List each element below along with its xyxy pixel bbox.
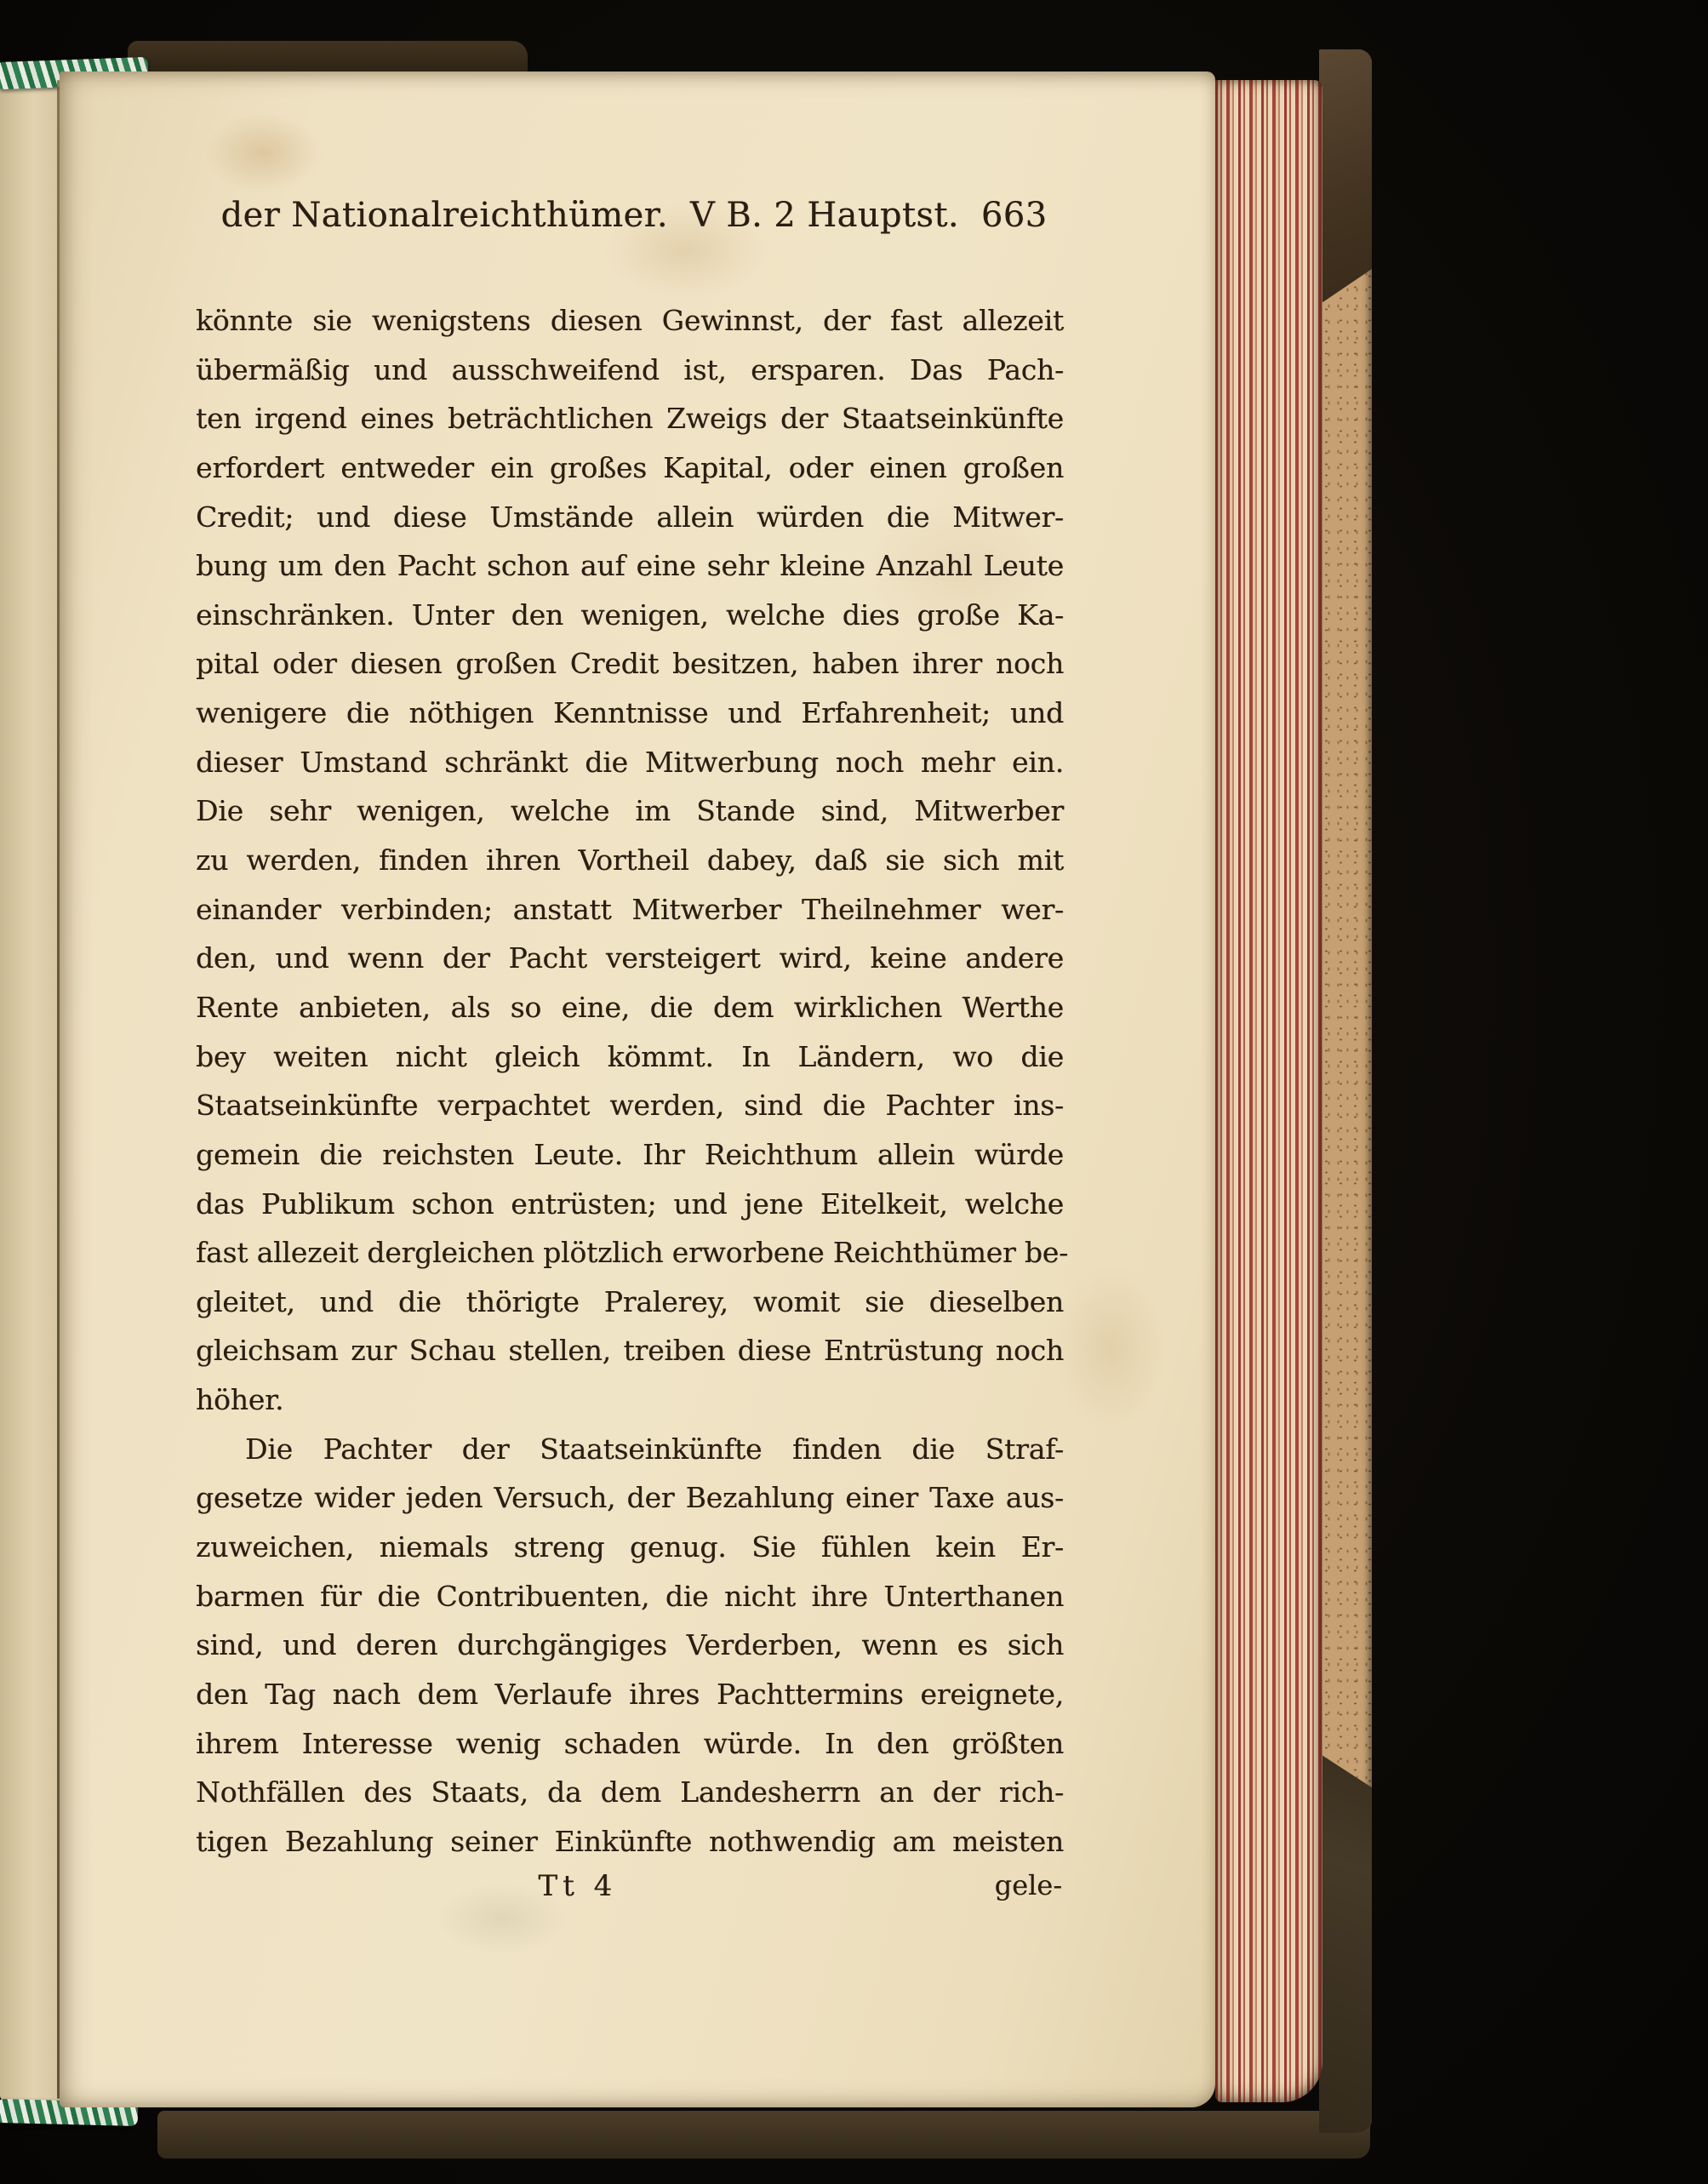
text-line: höher. bbox=[196, 1375, 1064, 1425]
text-line: ten irgend eines beträchtlichen Zweigs d… bbox=[196, 394, 1064, 443]
signature-mark: Tt 4 bbox=[538, 1869, 617, 1903]
text-line: Staatseinkünfte verpachtet werden, sind … bbox=[196, 1081, 1064, 1130]
page-number: 663 bbox=[981, 196, 1048, 235]
book-photo-scene: der Nationalreichthümer. V B. 2 Hauptst.… bbox=[0, 0, 1708, 2184]
cover-bottom-edge bbox=[157, 2111, 1370, 2158]
text-line: pital oder diesen großen Credit besitzen… bbox=[196, 639, 1064, 689]
text-line: dieser Umstand schränkt die Mitwerbung n… bbox=[196, 738, 1064, 787]
text-line: zu werden, finden ihren Vortheil dabey, … bbox=[196, 836, 1064, 885]
text-line: den Tag nach dem Verlaufe ihres Pachtter… bbox=[196, 1670, 1064, 1719]
text-line: einschränken. Unter den wenigen, welche … bbox=[196, 591, 1064, 640]
signature-row: Tt 4 gele- bbox=[196, 1869, 1064, 1920]
text-line: Credit; und diese Umstände allein würden… bbox=[196, 493, 1064, 542]
text-line: sind, und deren durchgängiges Verderben,… bbox=[196, 1621, 1064, 1670]
text-line: bey weiten nicht gleich kömmt. In Länder… bbox=[196, 1032, 1064, 1082]
text-line: gemein die reichsten Leute. Ihr Reichthu… bbox=[196, 1130, 1064, 1180]
text-line: Nothfällen des Staats, da dem Landesherr… bbox=[196, 1768, 1064, 1817]
cover-right-edge bbox=[1319, 49, 1372, 2133]
facing-page-edge bbox=[0, 82, 60, 2101]
text-line: erfordert entweder ein großes Kapital, o… bbox=[196, 443, 1064, 493]
text-line: barmen für die Contribuenten, die nicht … bbox=[196, 1572, 1064, 1621]
text-line: wenigere die nöthigen Kenntnisse und Erf… bbox=[196, 689, 1064, 738]
text-line: Die Pachter der Staatseinkünfte finden d… bbox=[196, 1425, 1064, 1474]
book-page: der Nationalreichthümer. V B. 2 Hauptst.… bbox=[60, 71, 1215, 2107]
text-line: das Publikum schon entrüsten; und jene E… bbox=[196, 1180, 1064, 1229]
text-line: gleichsam zur Schau stellen, treiben die… bbox=[196, 1326, 1064, 1375]
running-title: der Nationalreichthümer. bbox=[221, 196, 668, 235]
cover-leather-corner-bottom bbox=[1319, 1753, 1372, 2133]
fore-edge-striped-pages bbox=[1215, 80, 1322, 2102]
text-line: gleitet, und die thörigte Pralerey, womi… bbox=[196, 1278, 1064, 1327]
text-line: übermäßig und ausschweifend ist, erspare… bbox=[196, 346, 1064, 395]
text-line: tigen Bezahlung seiner Einkünfte nothwen… bbox=[196, 1817, 1064, 1867]
text-line: zuweichen, niemals streng genug. Sie füh… bbox=[196, 1523, 1064, 1572]
text-line: einander verbinden; anstatt Mitwerber Th… bbox=[196, 885, 1064, 935]
cover-leather-corner-top bbox=[1319, 49, 1372, 305]
text-line: den, und wenn der Pacht versteigert wird… bbox=[196, 934, 1064, 983]
text-line: bung um den Pacht schon auf eine sehr kl… bbox=[196, 541, 1064, 591]
body-text: könnte sie wenigstens diesen Gewinnst, d… bbox=[196, 296, 1064, 1867]
catchword: gele- bbox=[995, 1869, 1062, 1901]
foxing-stain bbox=[179, 95, 349, 210]
text-line: fast allezeit dergleichen plötzlich erwo… bbox=[196, 1228, 1064, 1278]
text-line: Rente anbieten, als so eine, die dem wir… bbox=[196, 983, 1064, 1032]
text-line: könnte sie wenigstens diesen Gewinnst, d… bbox=[196, 296, 1064, 346]
running-header: der Nationalreichthümer. V B. 2 Hauptst.… bbox=[196, 196, 1072, 235]
text-line: Die sehr wenigen, welche im Stande sind,… bbox=[196, 786, 1064, 836]
text-line: gesetze wider jeden Versuch, der Bezahlu… bbox=[196, 1473, 1064, 1523]
text-line: ihrem Interesse wenig schaden würde. In … bbox=[196, 1719, 1064, 1769]
section-label: V B. 2 Hauptst. bbox=[690, 196, 959, 235]
